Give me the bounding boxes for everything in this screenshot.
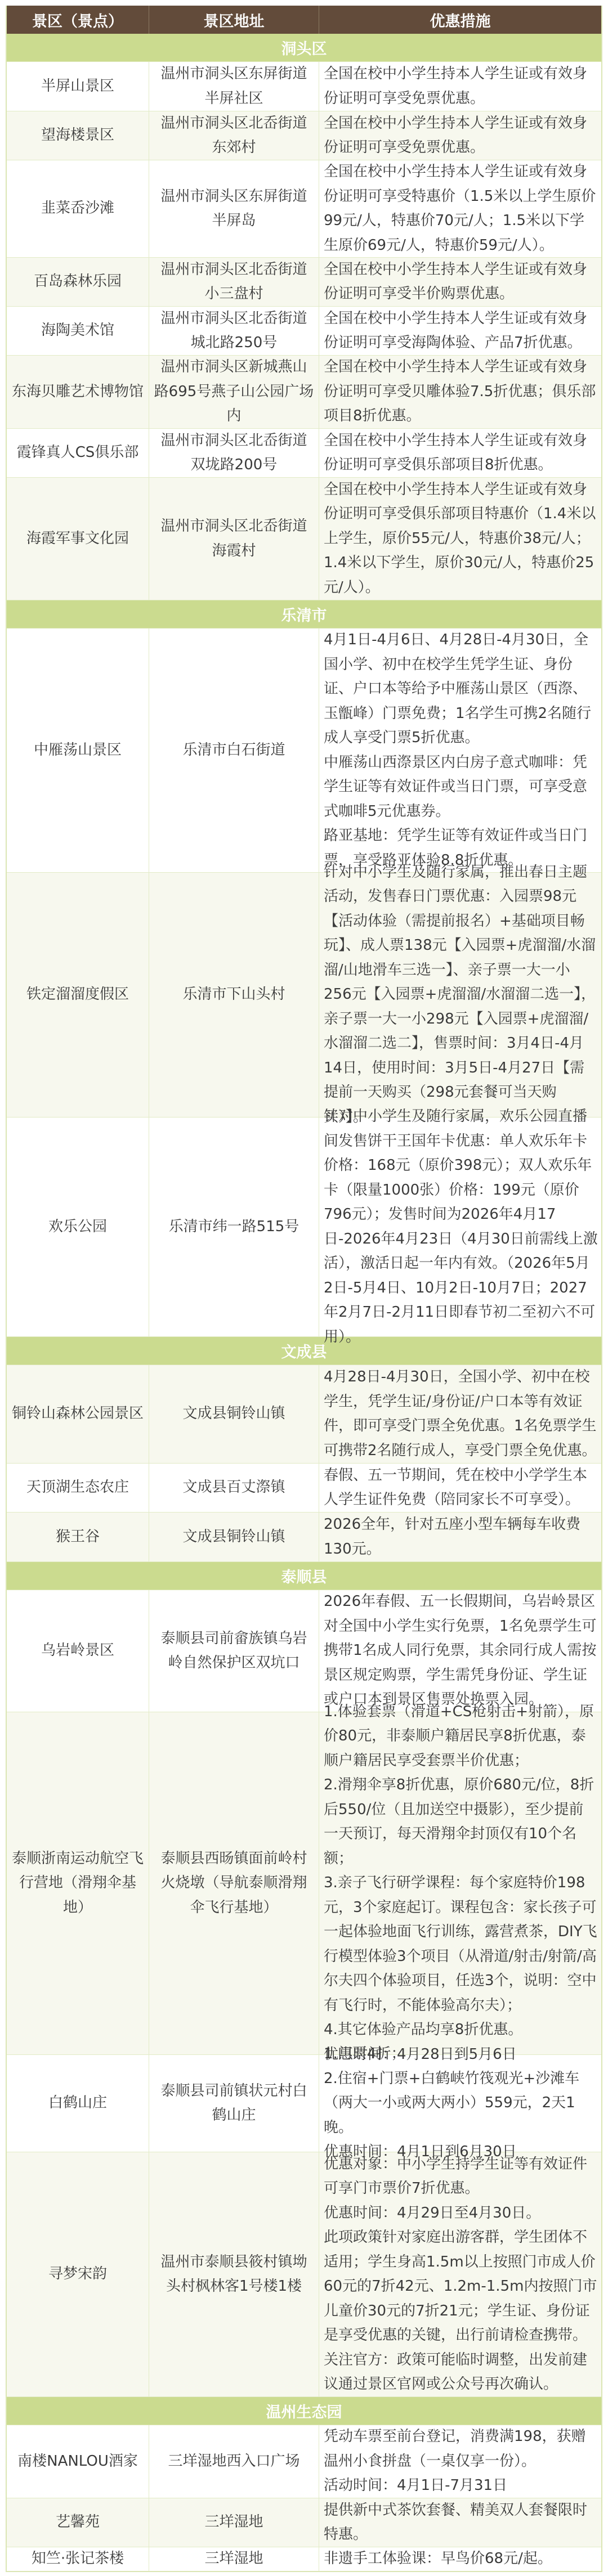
offer-text: 4月28日-4月30日，全国小学、初中在校学生，凭学生证/身份证/户口本等有效证… xyxy=(324,1365,598,1463)
spot-offer: 全国在校中小学生持本人学生证或有效身份证明可享受免票优惠。 xyxy=(319,111,601,160)
spot-offer: 1.体验套票（滑道+CS枪射击+射箭），原价80元，非泰顺户籍居民享8折优惠，泰… xyxy=(319,1712,601,2054)
offer-text: 2.滑翔伞享8折优惠，原价680元/位，8折后550/位（且加送空中摄影），至少… xyxy=(324,1773,598,1871)
spot-offer: 4月1日-4月6日、4月28日-4月30日，全国小学、初中在校学生凭学生证、身份… xyxy=(319,629,601,872)
spot-name: 南楼NANLOU酒家 xyxy=(7,2425,149,2498)
offer-text: 非遗手工体验课：早鸟价68元/起。 xyxy=(324,2547,598,2571)
spot-address: 温州市洞头区北岙街道东郊村 xyxy=(149,111,319,160)
table-row: 海陶美术馆 温州市洞头区北岙街道城北路250号 全国在校中小学生持本人学生证或有… xyxy=(7,307,601,356)
spot-address: 泰顺县西旸镇面前岭村火烧墩（导航泰顺滑翔伞飞行基地） xyxy=(149,1712,319,2054)
discount-table: 景区（景点） 景区地址 优惠措施 洞头区 半屏山景区 温州市洞头区东屏街道半屏社… xyxy=(6,6,602,2572)
offer-text: 1.门票4折； xyxy=(324,2042,598,2067)
spot-name: 韭菜岙沙滩 xyxy=(7,160,149,257)
table-row: 寻梦宋韵 温州市泰顺县筱村镇坳头村枫林客1号楼1楼 优惠对象：中小学生持学生证等… xyxy=(7,2152,601,2397)
offer-text: 3.亲子飞行研学课程：每个家庭特价198元，3个家庭起订。课程包含：家长孩子可一… xyxy=(324,1871,598,2018)
spot-offer: 全国在校中小学生持本人学生证或有效身份证明可享受免票优惠。 xyxy=(319,62,601,111)
table-header: 景区（景点） 景区地址 优惠措施 xyxy=(7,6,601,34)
table-row: 南楼NANLOU酒家 三垟湿地西入口广场 凭动车票至前台登记，消费满198，获赠… xyxy=(7,2425,601,2498)
offer-text: 全国在校中小学生持本人学生证或有效身份证明可享受海陶体验、产品7折优惠。 xyxy=(324,307,598,356)
spot-name: 艺馨苑 xyxy=(7,2498,149,2547)
table-row: 百岛森林乐园 温州市洞头区北岙街道小三盘村 全国在校中小学生持本人学生证或有效身… xyxy=(7,258,601,307)
table-row: 东海贝雕艺术博物馆 温州市洞头区新城燕山路695号燕子山公园广场内 全国在校中小… xyxy=(7,356,601,429)
spot-name: 天顶湖生态农庄 xyxy=(7,1464,149,1512)
spot-address: 温州市洞头区新城燕山路695号燕子山公园广场内 xyxy=(149,356,319,428)
spot-name: 猴王谷 xyxy=(7,1513,149,1561)
table-row: 铜铃山森林公园景区 文成县铜铃山镇 4月28日-4月30日，全国小学、初中在校学… xyxy=(7,1365,601,1464)
spot-offer: 1.门票4折； 2.住宿+门票+白鹤峡竹筏观光+沙滩车（两大一小或两大两小）55… xyxy=(319,2055,601,2152)
spot-address: 泰顺县司前畲族镇乌岩岭自然保护区双坑口 xyxy=(149,1590,319,1712)
table-row: 海霞军事文化园 温州市洞头区北岙街道海霞村 全国在校中小学生持本人学生证或有效身… xyxy=(7,478,601,600)
offer-text: 2026年春假、五一长假期间，乌岩岭景区对全国中小学生实行免票，1名免票学生可携… xyxy=(324,1590,598,1712)
header-offer: 优惠措施 xyxy=(319,6,601,34)
spot-name: 泰顺浙南运动航空飞行营地（滑翔伞基地） xyxy=(7,1712,149,2054)
spot-address: 三垟湿地西入口广场 xyxy=(149,2425,319,2498)
table-row: 韭菜岙沙滩 温州市洞头区东屏街道半屏岛 全国在校中小学生持本人学生证或有效身份证… xyxy=(7,160,601,258)
spot-name: 铁定溜溜度假区 xyxy=(7,873,149,1117)
spot-name: 百岛森林乐园 xyxy=(7,258,149,306)
spot-offer: 针对中小学生及随行家属，欢乐公园直播间发售饼干王国年卡优惠：单人欢乐年卡价格：1… xyxy=(319,1118,601,1336)
spot-name: 半屏山景区 xyxy=(7,62,149,111)
offer-text: 全国在校中小学生持本人学生证或有效身份证明可享受免票优惠。 xyxy=(324,62,598,111)
spot-address: 温州市泰顺县筱村镇坳头村枫林客1号楼1楼 xyxy=(149,2152,319,2397)
spot-address: 文成县铜铃山镇 xyxy=(149,1513,319,1561)
spot-offer: 2026年春假、五一长假期间，乌岩岭景区对全国中小学生实行免票，1名免票学生可携… xyxy=(319,1590,601,1712)
offer-text: 此项政策针对家庭出游客群，学生团体不适用；学生身高1.5m以上按照门市成人价60… xyxy=(324,2225,598,2348)
spot-offer: 凭动车票至前台登记，消费满198，获赠温州小食拼盘（一桌仅享一份）。 活动时间：… xyxy=(319,2425,601,2498)
offer-text: 全国在校中小学生持本人学生证或有效身份证明可享受贝雕体验7.5折优惠；俱乐部项目… xyxy=(324,355,598,429)
offer-text: 凭动车票至前台登记，消费满198，获赠温州小食拼盘（一桌仅享一份）。 xyxy=(324,2425,598,2474)
spot-offer: 全国在校中小学生持本人学生证或有效身份证明可享受海陶体验、产品7折优惠。 xyxy=(319,307,601,355)
spot-offer: 2026全年，针对五座小型车辆每车收费130元。 xyxy=(319,1513,601,1561)
spot-offer: 全国在校中小学生持本人学生证或有效身份证明可享受贝雕体验7.5折优惠；俱乐部项目… xyxy=(319,356,601,428)
offer-text: 4.其它体验产品均享8折优惠。 xyxy=(324,2018,598,2043)
spot-address: 温州市洞头区北岙街道双垅路200号 xyxy=(149,429,319,477)
spot-name: 海霞军事文化园 xyxy=(7,478,149,600)
section-header: 泰顺县 xyxy=(7,1562,601,1590)
section-header: 乐清市 xyxy=(7,600,601,629)
header-address: 景区地址 xyxy=(149,6,319,34)
spot-offer: 全国在校中小学生持本人学生证或有效身份证明可享受俱乐部项目8折优惠。 xyxy=(319,429,601,477)
table-row: 知竺·张记茶楼 三垟湿地 非遗手工体验课：早鸟价68元/起。 xyxy=(7,2547,601,2572)
offer-text: 提供新中式茶饮套餐、精美双人套餐限时特惠。 xyxy=(324,2498,598,2547)
offer-text: 2.住宿+门票+白鹤峡竹筏观光+沙滩车（两大一小或两大两小）559元，2天1晚。 xyxy=(324,2067,598,2140)
spot-address: 温州市洞头区东屏街道半屏社区 xyxy=(149,62,319,111)
spot-address: 文成县百丈漈镇 xyxy=(149,1464,319,1512)
offer-text: 中雁荡山西漈景区内白房子意式咖啡：凭学生证等有效证件或当日门票，可享受意式咖啡5… xyxy=(324,751,598,824)
spot-offer: 全国在校中小学生持本人学生证或有效身份证明可享受半价购票优惠。 xyxy=(319,258,601,306)
offer-text: 优惠对象：中小学生持学生证等有效证件可享门市票价7折优惠。 xyxy=(324,2152,598,2201)
section-header: 洞头区 xyxy=(7,34,601,62)
spot-name: 东海贝雕艺术博物馆 xyxy=(7,356,149,428)
offer-text: 全国在校中小学生持本人学生证或有效身份证明可享受特惠价（1.5米以上学生原价99… xyxy=(324,160,598,258)
spot-name: 霞锋真人CS俱乐部 xyxy=(7,429,149,477)
spot-address: 温州市洞头区北岙街道城北路250号 xyxy=(149,307,319,355)
header-scenic-spot: 景区（景点） xyxy=(7,6,149,34)
spot-name: 望海楼景区 xyxy=(7,111,149,160)
table-row: 铁定溜溜度假区 乐清市下山头村 针对中小学生及随行家属，推出春日主题活动，发售春… xyxy=(7,873,601,1118)
spot-offer: 全国在校中小学生持本人学生证或有效身份证明可享受俱乐部项目特惠价（1.4米以上学… xyxy=(319,478,601,600)
spot-offer: 针对中小学生及随行家属，推出春日主题活动，发售春日门票优惠：入园票98元【活动体… xyxy=(319,873,601,1117)
table-row: 天顶湖生态农庄 文成县百丈漈镇 春假、五一节期间，凭在校中小学学生本人学生证件免… xyxy=(7,1464,601,1513)
offer-text: 活动时间：4月1日-7月31日 xyxy=(324,2474,598,2498)
spot-offer: 非遗手工体验课：早鸟价68元/起。 xyxy=(319,2547,601,2571)
offer-text: 针对中小学生及随行家属，欢乐公园直播间发售饼干王国年卡优惠：单人欢乐年卡价格：1… xyxy=(324,1105,598,1349)
table-row: 猴王谷 文成县铜铃山镇 2026全年，针对五座小型车辆每车收费130元。 xyxy=(7,1513,601,1562)
offer-text: 4月1日-4月6日、4月28日-4月30日，全国小学、初中在校学生凭学生证、身份… xyxy=(324,628,598,751)
spot-address: 乐清市纬一路515号 xyxy=(149,1118,319,1336)
spot-address: 三垟湿地 xyxy=(149,2498,319,2547)
spot-address: 温州市洞头区东屏街道半屏岛 xyxy=(149,160,319,257)
spot-name: 欢乐公园 xyxy=(7,1118,149,1336)
offer-text: 1.体验套票（滑道+CS枪射击+射箭），原价80元，非泰顺户籍居民享8折优惠，泰… xyxy=(324,1700,598,1774)
spot-address: 文成县铜铃山镇 xyxy=(149,1365,319,1463)
spot-offer: 春假、五一节期间，凭在校中小学学生本人学生证件免费（陪同家长不可享受）。 xyxy=(319,1464,601,1512)
offer-text: 全国在校中小学生持本人学生证或有效身份证明可享受俱乐部项目8折优惠。 xyxy=(324,429,598,478)
offer-text: 针对中小学生及随行家属，推出春日主题活动，发售春日门票优惠：入园票98元【活动体… xyxy=(324,860,598,1130)
table-row: 艺馨苑 三垟湿地 提供新中式茶饮套餐、精美双人套餐限时特惠。 xyxy=(7,2498,601,2547)
spot-address: 三垟湿地 xyxy=(149,2547,319,2571)
table-row: 乌岩岭景区 泰顺县司前畲族镇乌岩岭自然保护区双坑口 2026年春假、五一长假期间… xyxy=(7,1590,601,1712)
spot-offer: 优惠对象：中小学生持学生证等有效证件可享门市票价7折优惠。 优惠时间：4月29日… xyxy=(319,2152,601,2397)
spot-name: 中雁荡山景区 xyxy=(7,629,149,872)
spot-name: 乌岩岭景区 xyxy=(7,1590,149,1712)
spot-offer: 全国在校中小学生持本人学生证或有效身份证明可享受特惠价（1.5米以上学生原价99… xyxy=(319,160,601,257)
spot-address: 泰顺县司前镇状元村白鹤山庄 xyxy=(149,2055,319,2152)
spot-address: 乐清市下山头村 xyxy=(149,873,319,1117)
offer-text: 优惠时间：4月29日至4月30日。 xyxy=(324,2201,598,2226)
offer-text: 春假、五一节期间，凭在校中小学学生本人学生证件免费（陪同家长不可享受）。 xyxy=(324,1464,598,1513)
spot-name: 铜铃山森林公园景区 xyxy=(7,1365,149,1463)
section-header: 温州生态园 xyxy=(7,2397,601,2425)
spot-name: 知竺·张记茶楼 xyxy=(7,2547,149,2571)
offer-text: 全国在校中小学生持本人学生证或有效身份证明可享受免票优惠。 xyxy=(324,111,598,160)
spot-address: 温州市洞头区北岙街道小三盘村 xyxy=(149,258,319,306)
offer-text: 2026全年，针对五座小型车辆每车收费130元。 xyxy=(324,1513,598,1561)
spot-name: 寻梦宋韵 xyxy=(7,2152,149,2397)
spot-offer: 提供新中式茶饮套餐、精美双人套餐限时特惠。 xyxy=(319,2498,601,2547)
table-row: 白鹤山庄 泰顺县司前镇状元村白鹤山庄 1.门票4折； 2.住宿+门票+白鹤峡竹筏… xyxy=(7,2055,601,2152)
offer-text: 全国在校中小学生持本人学生证或有效身份证明可享受俱乐部项目特惠价（1.4米以上学… xyxy=(324,478,598,600)
spot-name: 白鹤山庄 xyxy=(7,2055,149,2152)
table-row: 泰顺浙南运动航空飞行营地（滑翔伞基地） 泰顺县西旸镇面前岭村火烧墩（导航泰顺滑翔… xyxy=(7,1712,601,2055)
spot-address: 温州市洞头区北岙街道海霞村 xyxy=(149,478,319,600)
table-row: 半屏山景区 温州市洞头区东屏街道半屏社区 全国在校中小学生持本人学生证或有效身份… xyxy=(7,62,601,111)
spot-name: 海陶美术馆 xyxy=(7,307,149,355)
table-row: 欢乐公园 乐清市纬一路515号 针对中小学生及随行家属，欢乐公园直播间发售饼干王… xyxy=(7,1118,601,1337)
spot-address: 乐清市白石街道 xyxy=(149,629,319,872)
table-row: 中雁荡山景区 乐清市白石街道 4月1日-4月6日、4月28日-4月30日，全国小… xyxy=(7,629,601,873)
offer-text: 关注官方：政策可能临时调整，出发前建议通过景区官网或公众号再次确认。 xyxy=(324,2348,598,2397)
offer-text: 全国在校中小学生持本人学生证或有效身份证明可享受半价购票优惠。 xyxy=(324,258,598,307)
table-row: 望海楼景区 温州市洞头区北岙街道东郊村 全国在校中小学生持本人学生证或有效身份证… xyxy=(7,111,601,160)
spot-offer: 4月28日-4月30日，全国小学、初中在校学生，凭学生证/身份证/户口本等有效证… xyxy=(319,1365,601,1463)
table-row: 霞锋真人CS俱乐部 温州市洞头区北岙街道双垅路200号 全国在校中小学生持本人学… xyxy=(7,429,601,478)
